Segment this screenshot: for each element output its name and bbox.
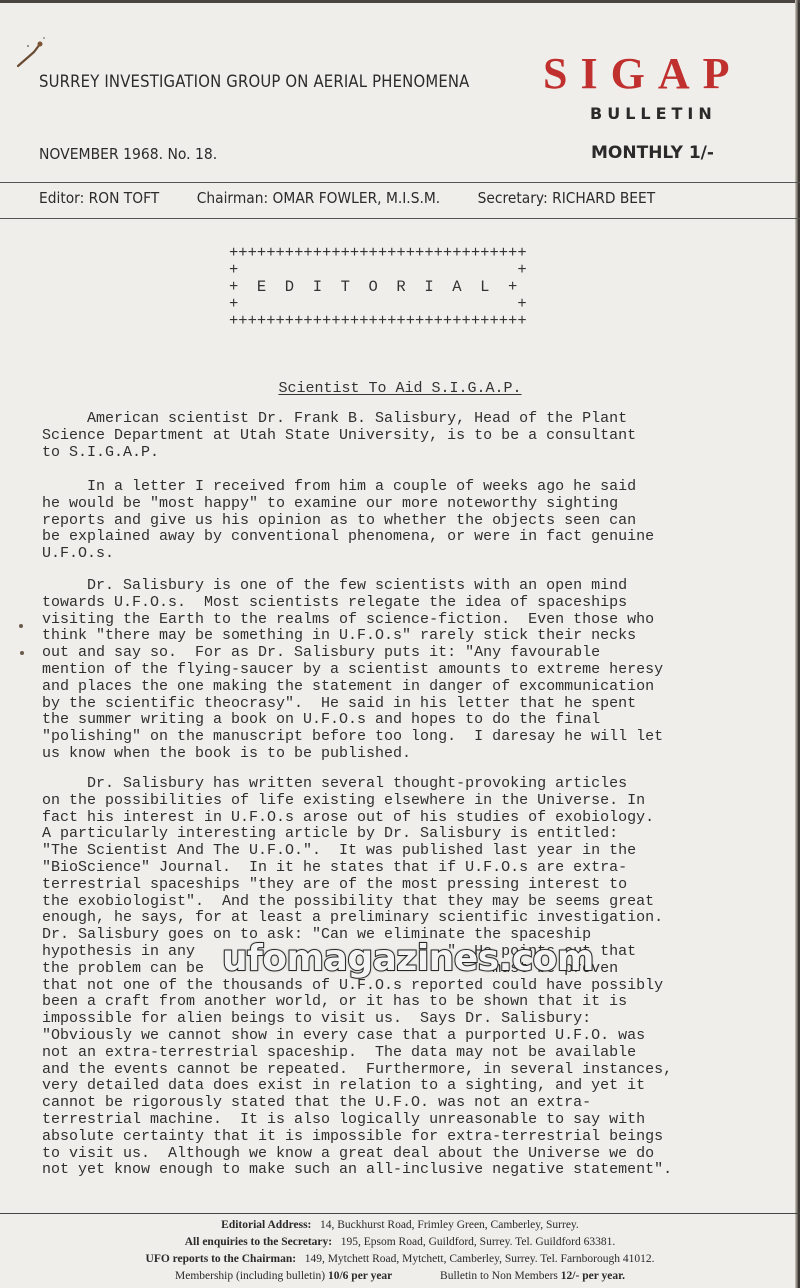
footer-ufo-reports: UFO reports to the Chairman: 149, Mytche… (0, 1251, 800, 1268)
editorial-banner: ++++++++++++++++++++++++++++++++ + + + E… (229, 245, 527, 330)
chairman-name: OMAR FOWLER, M.I.S.M. (273, 189, 441, 207)
editor-label: Editor: (39, 189, 84, 207)
watermark: ufomagazines.com (222, 938, 594, 979)
ink-stain-mark (14, 34, 54, 70)
article-paragraph-2: In a letter I received from him a couple… (42, 479, 772, 563)
footer-enquiries: All enquiries to the Secretary: 195, Eps… (0, 1234, 800, 1251)
article-paragraph-3: Dr. Salisbury is one of the few scientis… (42, 578, 772, 763)
margin-dot (20, 651, 24, 655)
issue-date-number: NOVEMBER 1968. No. 18. (39, 145, 217, 163)
secretary-name: RICHARD BEET (552, 189, 655, 207)
page-top-edge (0, 0, 800, 3)
margin-dot (19, 624, 23, 628)
footer-membership: Membership (including bulletin) 10/6 per… (0, 1268, 800, 1285)
footer-editorial-address: Editorial Address: 14, Buckhurst Road, F… (0, 1217, 800, 1234)
issue-price: MONTHLY 1/- (591, 143, 714, 163)
publication-type: BULLETIN (590, 104, 717, 123)
page-right-edge (795, 0, 798, 1288)
header-divider-bottom (0, 218, 800, 219)
secretary-label: Secretary: (478, 189, 548, 207)
editor-name: RON TOFT (89, 189, 160, 207)
article-paragraph-1: American scientist Dr. Frank B. Salisbur… (42, 411, 772, 461)
sigap-logo: SIGAP (543, 48, 742, 99)
header-divider-top (0, 182, 800, 183)
footer-divider (0, 1213, 800, 1214)
article-title: Scientist To Aid S.I.G.A.P. (0, 380, 800, 397)
organization-name: SURREY INVESTIGATION GROUP ON AERIAL PHE… (39, 72, 470, 91)
chairman-label: Chairman: (197, 189, 268, 207)
staff-line: Editor: RON TOFT Chairman: OMAR FOWLER, … (39, 189, 701, 207)
bulletin-page: SURREY INVESTIGATION GROUP ON AERIAL PHE… (0, 0, 798, 1288)
footer-contact-info: Editorial Address: 14, Buckhurst Road, F… (0, 1217, 800, 1285)
